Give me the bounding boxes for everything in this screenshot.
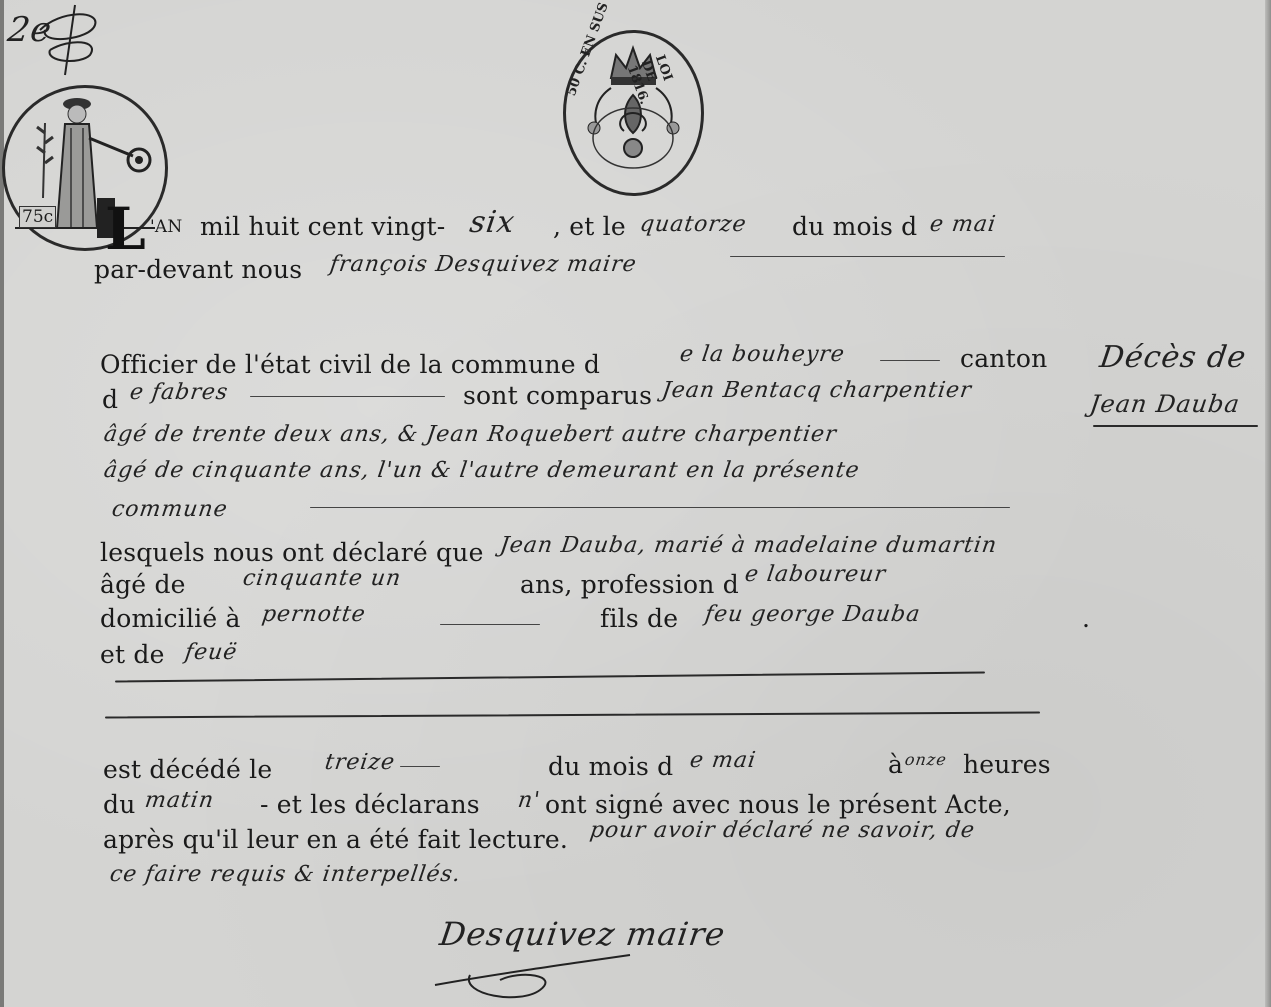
handwritten-negation: n'	[516, 788, 542, 813]
fill-line	[400, 766, 440, 767]
page-edge-right	[1265, 0, 1271, 1007]
fill-line	[115, 671, 985, 682]
print-text: du mois d	[548, 752, 673, 781]
handwritten-death-hour: onze	[904, 750, 949, 769]
margin-note-title: Décès de	[1098, 340, 1249, 375]
handwritten-commune-word: commune	[110, 497, 229, 522]
handwritten-year: six	[468, 205, 518, 240]
handwritten-officer-name: françois Desquivez maire	[328, 252, 638, 277]
handwritten-deceased-name: Jean Dauba, marié à madelaine dumartin	[498, 533, 999, 558]
fill-line	[310, 507, 1010, 508]
print-text: après qu'il leur en a été fait lecture.	[103, 825, 568, 854]
handwritten-statement: ce faire requis & interpellés.	[108, 862, 462, 887]
handwritten-father: feu george Dauba	[703, 602, 922, 627]
print-text: heures	[963, 750, 1051, 779]
handwritten-canton: e fabres	[128, 380, 230, 405]
margin-note-underline	[1093, 425, 1258, 427]
fill-line	[440, 624, 540, 625]
print-text: et de	[100, 640, 165, 669]
print-text: à	[888, 750, 903, 779]
print-text: sont comparus	[463, 381, 652, 410]
print-period: .	[1082, 604, 1090, 633]
print-text: domicilié à	[100, 604, 241, 633]
fill-line	[880, 360, 940, 361]
print-text: , et le	[553, 212, 626, 241]
fiscal-stamp-right: 50 C. EN SUS LOI DE 1816.	[563, 30, 704, 196]
margin-note-name: Jean Dauba	[1088, 390, 1242, 418]
stamp-value: 75c	[19, 206, 56, 228]
handwritten-residence: pernotte	[260, 602, 367, 627]
print-text: mil huit cent vingt-	[200, 212, 445, 241]
handwritten-death-month: e mai	[688, 748, 758, 773]
handwritten-witness-details: âgé de cinquante ans, l'un & l'autre dem…	[102, 458, 861, 483]
fill-line	[250, 396, 445, 397]
print-text: âgé de	[100, 570, 186, 599]
print-text: du mois d	[792, 212, 917, 241]
handwritten-witness-1: Jean Bentacq charpentier	[660, 378, 973, 403]
corner-flourish-icon	[20, 0, 110, 80]
handwritten-witness-details: âgé de trente deux ans, & Jean Roquebert…	[102, 422, 838, 447]
print-text: ans, profession d	[520, 570, 739, 599]
handwritten-commune: e la bouheyre	[678, 342, 846, 367]
print-text: par-devant nous	[94, 255, 302, 284]
handwritten-mother: feuë	[183, 640, 239, 665]
handwritten-age: cinquante un	[241, 566, 403, 591]
print-text: du	[103, 790, 136, 819]
handwritten-day: quatorze	[638, 212, 748, 237]
drop-cap-letter: L	[105, 195, 146, 263]
print-text: Officier de l'état civil de la commune d	[100, 350, 600, 379]
signature-flourish-icon	[430, 945, 650, 1005]
print-text: lesquels nous ont déclaré que	[100, 538, 484, 567]
document-page: 2e 75c L	[0, 0, 1271, 1007]
handwritten-statement: pour avoir déclaré ne savoir, de	[588, 818, 976, 843]
print-text: est décédé le	[103, 755, 272, 784]
fill-line	[730, 256, 1005, 257]
print-text: fils de	[600, 604, 678, 633]
print-text: - et les déclarans	[260, 790, 480, 819]
handwritten-death-day: treize	[323, 750, 397, 775]
handwritten-profession: e laboureur	[743, 562, 887, 587]
handwritten-month: e mai	[928, 212, 998, 237]
handwritten-time-of-day: matin	[143, 788, 216, 813]
print-text: 'AN	[150, 217, 182, 237]
print-text: d	[102, 385, 118, 414]
fill-line	[105, 712, 1040, 719]
print-text: ont signé avec nous le présent Acte,	[545, 790, 1011, 819]
print-text: canton	[960, 344, 1047, 373]
